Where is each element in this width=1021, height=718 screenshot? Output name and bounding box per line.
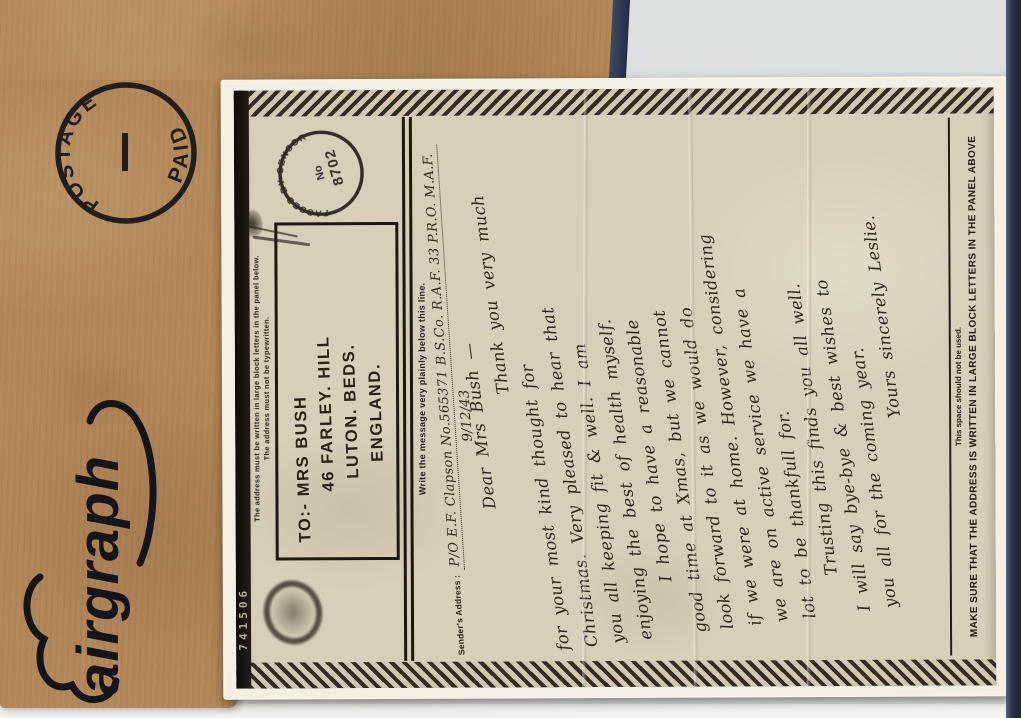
censor-number: 8702 xyxy=(321,147,348,188)
airgraph-envelope-top-flap xyxy=(0,0,614,80)
airgraph-photo-print: 741506 The address must be written in la… xyxy=(221,76,1010,699)
postage-text: POSTAGE xyxy=(52,88,103,218)
stamp-center-dash xyxy=(122,133,128,171)
envelope-edge-shadow xyxy=(609,0,630,78)
divider-rule xyxy=(409,117,414,661)
scan-edge-shadow xyxy=(1006,0,1021,718)
serial-number: 741506 xyxy=(237,587,250,651)
hatched-border-left xyxy=(236,659,996,688)
svg-text:POSTAGE: POSTAGE xyxy=(52,88,103,218)
airgraph-form: 741506 The address must be written in la… xyxy=(234,87,997,688)
airgraph-logo: airgraph xyxy=(20,386,160,711)
censor-ring-text: PASSED BY CENSOR xyxy=(265,131,331,229)
handwritten-message: Dear Mrs Bush — Thank you very much for … xyxy=(425,87,932,659)
scanned-airgraph-document: { "scene": { "description": "WWII airgra… xyxy=(0,0,1021,718)
airgraph-wordmark: airgraph xyxy=(66,455,131,695)
postage-paid-stamp-icon: POSTAGE PAID xyxy=(52,79,200,227)
svg-text:PASSED BY CENSOR: PASSED BY CENSOR xyxy=(265,131,331,229)
address-panel: TO:- MRS BUSH 46 FARLEY. HILL LUTON. BED… xyxy=(274,222,399,561)
space-not-used-note: This space should not be used. xyxy=(953,87,965,685)
typewritten-instruction-note: The address must not be typewritten. xyxy=(261,149,272,629)
handwritten-address: TO:- MRS BUSH 46 FARLEY. HILL LUTON. BED… xyxy=(282,224,393,543)
sender-address-label: Sender's Address : xyxy=(451,575,466,656)
censor-stamp: PASSED BY CENSOR No 8702 xyxy=(265,117,377,229)
footer-rule xyxy=(948,118,952,656)
divider-rule xyxy=(402,117,407,661)
block-letters-caption: MAKE SURE THAT THE ADDRESS IS WRITTEN IN… xyxy=(967,87,981,685)
